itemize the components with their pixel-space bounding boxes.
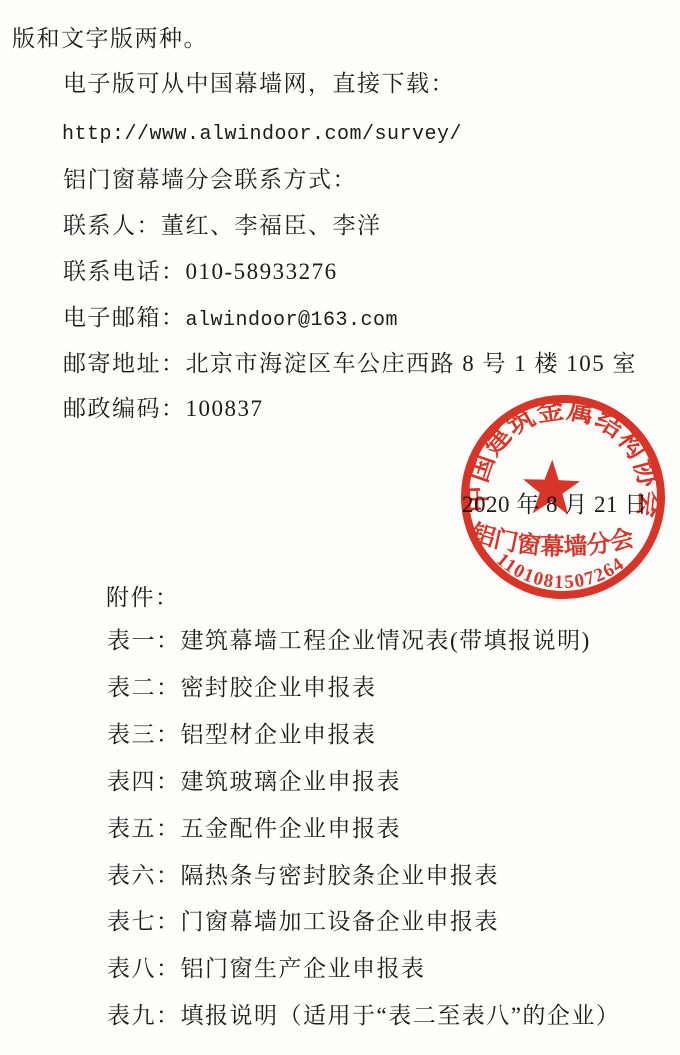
contact-phone-label: 联系电话： bbox=[63, 259, 186, 284]
attachment-item: 表六：隔热条与密封胶条企业申报表 bbox=[107, 853, 620, 900]
contact-email-line: 电子邮箱：alwindoor@163.com bbox=[63, 304, 398, 335]
attachment-item: 表三：铝型材企业申报表 bbox=[107, 712, 620, 759]
attachment-item: 表七：门窗幕墙加工设备企业申报表 bbox=[107, 899, 620, 946]
contact-person-line: 联系人：董红、李福臣、李洋 bbox=[63, 212, 382, 240]
attachment-item: 表八：铝门窗生产企业申报表 bbox=[107, 946, 620, 993]
contact-postal-value: 100837 bbox=[186, 396, 264, 421]
contact-heading: 铝门窗幕墙分会联系方式： bbox=[63, 166, 357, 194]
attachment-item: 表四：建筑玻璃企业申报表 bbox=[107, 759, 620, 806]
download-url: http://www.alwindoor.com/survey/ bbox=[62, 121, 462, 149]
seal-ring-text: 中国建筑金属结构协会 bbox=[461, 389, 669, 520]
contact-phone-line: 联系电话：010-58933276 bbox=[63, 258, 338, 286]
contact-person-label: 联系人： bbox=[63, 213, 161, 238]
attachment-item: 表五：五金配件企业申报表 bbox=[107, 806, 620, 853]
attachment-item: 表一：建筑幕墙工程企业情况表(带填报说明) bbox=[107, 618, 620, 665]
contact-phone-value: 010-58933276 bbox=[186, 259, 338, 284]
contact-postal-label: 邮政编码： bbox=[63, 396, 186, 421]
official-seal: 中国建筑金属结构协会 铝门窗幕墙分会 1101081507264 bbox=[453, 387, 672, 606]
star-icon bbox=[522, 459, 581, 515]
contact-person-value: 董红、李福臣、李洋 bbox=[161, 213, 382, 238]
contact-address-line: 邮寄地址：北京市海淀区车公庄西路 8 号 1 楼 105 室 bbox=[63, 350, 637, 378]
contact-address-label: 邮寄地址： bbox=[63, 351, 186, 376]
contact-postal-line: 邮政编码：100837 bbox=[63, 395, 264, 423]
contact-email-value: alwindoor@163.com bbox=[186, 309, 399, 332]
contact-email-label: 电子邮箱： bbox=[63, 305, 186, 330]
download-intro-line: 电子版可从中国幕墙网，直接下载： bbox=[63, 70, 455, 98]
attachments-list: 表一：建筑幕墙工程企业情况表(带填报说明) 表二：密封胶企业申报表 表三：铝型材… bbox=[107, 618, 620, 1040]
attachment-item: 表九：填报说明（适用于“表二至表八”的企业） bbox=[107, 993, 620, 1040]
continuation-line: 版和文字版两种。 bbox=[12, 25, 208, 53]
attachments-heading: 附件： bbox=[106, 584, 180, 612]
attachment-item: 表二：密封胶企业申报表 bbox=[107, 665, 620, 712]
contact-address-value: 北京市海淀区车公庄西路 8 号 1 楼 105 室 bbox=[186, 351, 638, 376]
document-page: 版和文字版两种。 电子版可从中国幕墙网，直接下载： http://www.alw… bbox=[0, 0, 680, 1055]
